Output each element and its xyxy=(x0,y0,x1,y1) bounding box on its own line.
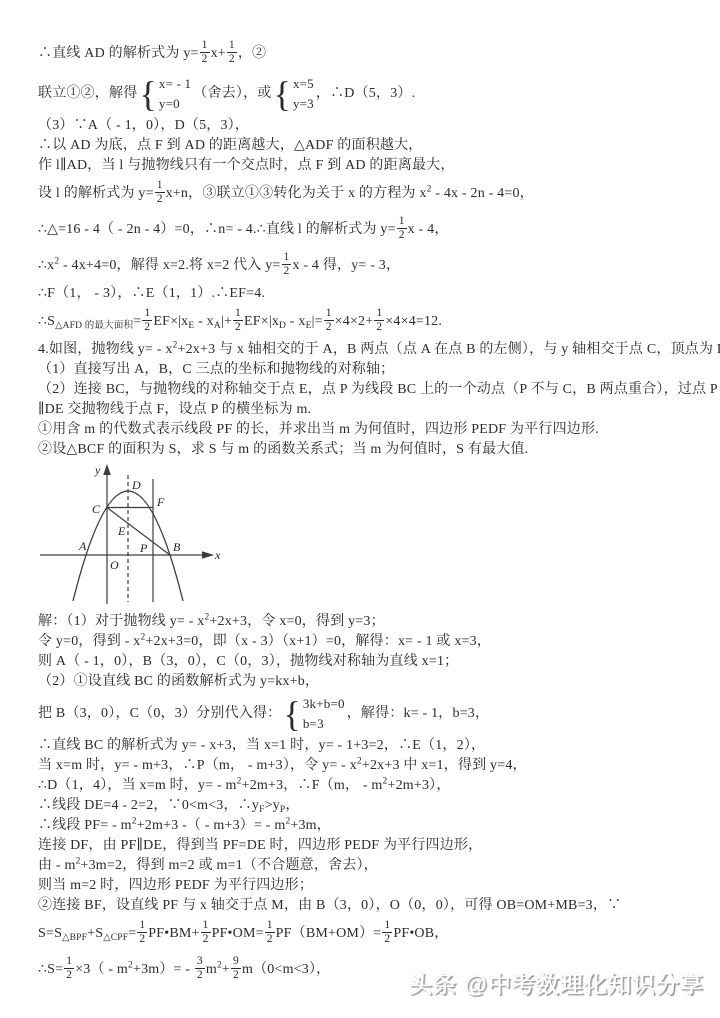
fraction-denominator: 2 xyxy=(324,321,334,334)
subscript: A xyxy=(214,321,221,331)
text-run: +2m+3）， xyxy=(387,778,450,793)
fraction-denominator: 2 xyxy=(137,933,147,946)
fraction: 12 xyxy=(155,179,165,206)
fraction-denominator: 2 xyxy=(155,193,165,206)
text-line: 当 x=m 时，y= - m+3，∴P（m， - m+3），令 y= - x2+… xyxy=(38,756,706,776)
segment-cb xyxy=(107,508,170,556)
text-run: + xyxy=(222,962,230,977)
text-run: ∴x xyxy=(38,258,54,273)
text-run: S=S xyxy=(38,926,62,941)
text-run: 则当 m=2 时，四边形 PEDF 为平行四边形； xyxy=(38,878,313,893)
fraction: 12 xyxy=(233,307,243,334)
text-run: ∴直线 BC 的解析式为 y= - x+3，当 x=1 时，y= - 1+3=2… xyxy=(38,738,485,753)
subscript: △BPF xyxy=(62,933,87,943)
fraction-numerator: 1 xyxy=(200,39,210,53)
y-axis-arrow-icon xyxy=(103,464,111,475)
point-label-p: P xyxy=(139,541,148,555)
text-run: m（0<m<3）， xyxy=(242,962,330,977)
text-run: x - 4， xyxy=(408,222,449,237)
text-run: PF•OM= xyxy=(212,926,264,941)
text-run: ×4×4=12. xyxy=(385,314,442,329)
equation-row: x= - 1 xyxy=(159,74,191,94)
text-line: （3）∵A（ - 1，0），D（5，3）， xyxy=(38,116,706,136)
fraction-denominator: 2 xyxy=(282,265,292,278)
text-line: 作 l∥AD，当 l 与抛物线只有一个交点时，点 F 到 AD 的距离最大， xyxy=(38,156,706,176)
equation-rows: 3k+b=0b=3 xyxy=(303,694,345,733)
fraction-numerator: 1 xyxy=(282,251,292,265)
fraction-denominator: 2 xyxy=(64,969,74,982)
fraction: 12 xyxy=(374,307,384,334)
brace-icon: { xyxy=(139,79,156,109)
point-label-d: D xyxy=(131,478,141,492)
text-run: ∴D（1，4），当 x=m 时，y= - m xyxy=(38,778,237,793)
text-run: 由 - m xyxy=(38,858,76,873)
text-line: 由 - m2+3m=2，得到 m=2 或 m=1（不合题意，舍去）， xyxy=(38,856,706,876)
text-line: 联立①②，解得{x= - 1y=0（舍去），或{x=5y=3，∴D（5，3）. xyxy=(38,72,706,116)
document-text: ∴直线 AD 的解析式为 y=12x+12，②联立①②，解得{x= - 1y=0… xyxy=(38,36,706,988)
fraction-denominator: 2 xyxy=(374,321,384,334)
text-run: （2）①设直线 BC 的函数解析式为 y=kx+b， xyxy=(38,674,319,689)
text-line: ∴直线 BC 的解析式为 y= - x+3，当 x=1 时，y= - 1+3=2… xyxy=(38,736,706,756)
fraction-numerator: 1 xyxy=(137,919,147,933)
text-run: ， xyxy=(285,798,299,813)
fraction-denominator: 2 xyxy=(142,321,152,334)
fraction-denominator: 2 xyxy=(265,933,275,946)
fraction-numerator: 1 xyxy=(64,955,74,969)
text-line: 令 y=0，得到 - x2+2x+3=0，即（x - 3）（x+1）=0，解得：… xyxy=(38,632,706,652)
fraction-denominator: 2 xyxy=(397,229,407,242)
point-label-e: E xyxy=(117,524,126,538)
text-run: - x xyxy=(286,314,305,329)
text-run: 令 y=0，得到 - x xyxy=(38,634,140,649)
text-run: +2x+3 与 x 轴相交的于 A，B 两点（点 A 在点 B 的左侧），与 y… xyxy=(178,342,720,357)
fraction: 12 xyxy=(137,919,147,946)
text-run: >y xyxy=(265,798,280,813)
text-run: 当 x=m 时，y= - m+3，∴P（m， - m+3），令 y= - x xyxy=(38,758,357,773)
text-run: +2x+3=0，即（x - 3）（x+1）=0，解得：x= - 1 或 x=3， xyxy=(145,634,491,649)
text-run: - x xyxy=(194,314,213,329)
point-label-f: F xyxy=(156,495,165,509)
fraction-numerator: 1 xyxy=(201,919,211,933)
fraction-numerator: 1 xyxy=(142,307,152,321)
text-run: （3）∵A（ - 1，0），D（5，3）， xyxy=(38,118,249,133)
brace-icon: { xyxy=(283,699,300,729)
text-line: ②设△BCF 的面积为 S，求 S 与 m 的函数关系式；当 m 为何值时，S … xyxy=(38,440,706,460)
equation-row: x=5 xyxy=(293,74,314,94)
text-run: 设 l 的解析式为 y= xyxy=(38,186,154,201)
text-run: - 4x - 2n - 4=0， xyxy=(432,186,534,201)
solution-text-block-top: ∴直线 AD 的解析式为 y=12x+12，②联立①②，解得{x= - 1y=0… xyxy=(38,36,706,460)
text-run: （舍去），或 xyxy=(193,86,271,101)
equation-rows: x= - 1y=0 xyxy=(159,74,191,113)
equation-system: {x= - 1y=0 xyxy=(139,74,191,113)
text-run: EF×|x xyxy=(153,314,188,329)
equation-rows: x=5y=3 xyxy=(293,74,314,113)
figure: y x D C F E A P B O xyxy=(38,462,706,610)
point-label-a: A xyxy=(78,539,87,553)
text-line: 则当 m=2 时，四边形 PEDF 为平行四边形； xyxy=(38,876,706,896)
text-line: ∴线段 PF= - m2+2m+3 -（ - m+3）= - m2+3m， xyxy=(38,816,706,836)
fraction: 12 xyxy=(382,919,392,946)
text-line: 设 l 的解析式为 y=12x+n，③联立①③转化为关于 x 的方程为 x2 -… xyxy=(38,176,706,212)
text-run: +3m=2，得到 m=2 或 m=1（不合题意，舍去）， xyxy=(81,858,378,873)
text-run: = xyxy=(128,926,136,941)
text-line: ∴S△AFD 的最大面积=12EF×|xE - xA|+12EF×|xD - x… xyxy=(38,304,706,340)
text-run: EF×|x xyxy=(244,314,279,329)
text-run: PF•BM+ xyxy=(148,926,199,941)
text-run: （2）连接 BC，与抛物线的对称轴交于点 E，点 P 为线段 BC 上的一个动点… xyxy=(38,382,720,397)
fraction: 12 xyxy=(200,39,210,66)
fraction-numerator: 1 xyxy=(265,919,275,933)
fraction-numerator: 3 xyxy=(195,955,205,969)
text-line: 解：（1）对于抛物线 y= - x2+2x+3，令 x=0，得到 y=3； xyxy=(38,612,706,632)
subscript: △CPF xyxy=(103,933,128,943)
text-run: （1）直接写出 A，B，C 三点的坐标和抛物线的对称轴； xyxy=(38,362,394,377)
text-line: 4.如图，抛物线 y= - x2+2x+3 与 x 轴相交的于 A，B 两点（点… xyxy=(38,340,706,360)
fraction-denominator: 2 xyxy=(233,321,243,334)
text-line: ①用含 m 的代数式表示线段 PF 的长，并求出当 m 为何值时，四边形 PED… xyxy=(38,420,706,440)
text-run: x+n，③联立①③转化为关于 x 的方程为 x xyxy=(166,186,427,201)
fraction-denominator: 2 xyxy=(382,933,392,946)
text-run: x - 4 得，y= - 3， xyxy=(292,258,400,273)
equation-row: b=3 xyxy=(303,714,345,734)
text-line: ∴F（1， - 3），∴E（1，1）.∴EF=4. xyxy=(38,284,706,304)
text-line: ∴△=16 - 4（ - 2n - 4）=0，∴n= - 4.∴直线 l 的解析… xyxy=(38,212,706,248)
text-run: +3m， xyxy=(290,818,331,833)
text-run: +3m）= - xyxy=(133,962,194,977)
equation-system: {x=5y=3 xyxy=(273,74,313,113)
equation-row: y=3 xyxy=(293,94,314,114)
brace-icon: { xyxy=(273,79,290,109)
fraction-numerator: 9 xyxy=(231,955,241,969)
fraction-numerator: 1 xyxy=(233,307,243,321)
text-line: （2）连接 BC，与抛物线的对称轴交于点 E，点 P 为线段 BC 上的一个动点… xyxy=(38,380,706,400)
text-run: ∴S= xyxy=(38,962,63,977)
text-run: ∴△=16 - 4（ - 2n - 4）=0，∴n= - 4.∴直线 l 的解析… xyxy=(38,222,396,237)
text-run: m xyxy=(206,962,217,977)
text-run: PF（BM+OM）= xyxy=(276,926,382,941)
fraction-denominator: 2 xyxy=(231,969,241,982)
fraction: 12 xyxy=(324,307,334,334)
axis-label-y: y xyxy=(94,463,101,477)
text-line: 则 A（ - 1，0），B（3，0），C（0，3），抛物线对称轴为直线 x=1； xyxy=(38,652,706,672)
text-run: ×3（ - m xyxy=(75,962,128,977)
fraction: 12 xyxy=(397,215,407,242)
text-run: 连接 DF，由 PF∥DE，得到当 PF=DE 时，四边形 PEDF 为平行四边… xyxy=(38,838,482,853)
text-line: S=S△BPF+S△CPF=12PF•BM+12PF•OM=12PF（BM+OM… xyxy=(38,916,706,952)
text-run: 则 A（ - 1，0），B（3，0），C（0，3），抛物线对称轴为直线 x=1； xyxy=(38,654,458,669)
watermark: 头条 @中考数理化知识分享 xyxy=(409,966,704,999)
solution-text-block-bottom: 解：（1）对于抛物线 y= - x2+2x+3，令 x=0，得到 y=3；令 y… xyxy=(38,612,706,988)
equation-row: 3k+b=0 xyxy=(303,694,345,714)
text-line: ∴以 AD 为底，点 F 到 AD 的距离越大，△ADF 的面积越大， xyxy=(38,136,706,156)
text-run: +2m+3，∴F（m， - m xyxy=(242,778,383,793)
text-run: ，解得：k= - 1，b=3， xyxy=(347,706,489,721)
fraction-numerator: 1 xyxy=(227,39,237,53)
text-run: ×4×2+ xyxy=(335,314,374,329)
fraction-numerator: 1 xyxy=(155,179,165,193)
fraction: 12 xyxy=(64,955,74,982)
fraction: 12 xyxy=(227,39,237,66)
fraction-numerator: 1 xyxy=(397,215,407,229)
text-run: 联立①②，解得 xyxy=(38,86,137,101)
parabola-figure: y x D C F E A P B O xyxy=(38,462,228,610)
point-label-b: B xyxy=(173,540,181,554)
text-run: 解：（1）对于抛物线 y= - x xyxy=(38,614,204,629)
fraction-denominator: 2 xyxy=(201,933,211,946)
text-run: +2x+3 中 x=1，得到 y=4， xyxy=(362,758,527,773)
axis-label-x: x xyxy=(214,548,221,562)
text-run: ∴直线 AD 的解析式为 y= xyxy=(38,46,199,61)
fraction-denominator: 2 xyxy=(200,53,210,66)
text-line: ∴D（1，4），当 x=m 时，y= - m2+2m+3，∴F（m， - m2+… xyxy=(38,776,706,796)
text-run: ②连接 BF，设直线 PF 与 x 轴交于点 M，由 B（3，0），O（0，0）… xyxy=(38,898,621,913)
fraction: 12 xyxy=(282,251,292,278)
fraction-numerator: 1 xyxy=(382,919,392,933)
text-run: +2m+3 -（ - m+3）= - m xyxy=(137,818,286,833)
fraction: 92 xyxy=(231,955,241,982)
fraction-denominator: 2 xyxy=(195,969,205,982)
text-line: 连接 DF，由 PF∥DE，得到当 PF=DE 时，四边形 PEDF 为平行四边… xyxy=(38,836,706,856)
fraction-numerator: 1 xyxy=(324,307,334,321)
text-run: PF•OB， xyxy=(393,926,448,941)
text-run: ∴F（1， - 3），∴E（1，1）.∴EF=4. xyxy=(38,286,265,301)
text-run: ，② xyxy=(238,46,266,61)
text-line: （2）①设直线 BC 的函数解析式为 y=kx+b， xyxy=(38,672,706,692)
text-run: - 4x+4=0，解得 x=2.将 x=2 代入 y= xyxy=(59,258,280,273)
text-run: ①用含 m 的代数式表示线段 PF 的长，并求出当 m 为何值时，四边形 PED… xyxy=(38,422,599,437)
fraction: 12 xyxy=(265,919,275,946)
text-run: 作 l∥AD，当 l 与抛物线只有一个交点时，点 F 到 AD 的距离最大， xyxy=(38,158,455,173)
text-run: ∴线段 PF= - m xyxy=(38,818,132,833)
text-run: ∴S xyxy=(38,314,55,329)
text-run: 把 B（3，0），C（0，3）分别代入得： xyxy=(38,706,281,721)
text-run: +2x+3，令 x=0，得到 y=3； xyxy=(209,614,384,629)
text-run: +S xyxy=(87,926,103,941)
subscript: △AFD 的最大面积 xyxy=(55,321,133,331)
text-run: ∴线段 DE=4 - 2=2，∵0<m<3，∴y xyxy=(38,798,259,813)
text-run: |= xyxy=(312,314,323,329)
text-line: ∥DE 交抛物线于点 F，设点 P 的横坐标为 m. xyxy=(38,400,706,420)
text-run: ∥DE 交抛物线于点 F，设点 P 的横坐标为 m. xyxy=(38,402,311,417)
text-line: （1）直接写出 A，B，C 三点的坐标和抛物线的对称轴； xyxy=(38,360,706,380)
text-line: 把 B（3，0），C（0，3）分别代入得：{3k+b=0b=3，解得：k= - … xyxy=(38,692,706,736)
text-run: |+ xyxy=(221,314,232,329)
text-line: ∴线段 DE=4 - 2=2，∵0<m<3，∴yF>yP， xyxy=(38,796,706,816)
x-axis-arrow-icon xyxy=(202,551,214,559)
text-line: ∴直线 AD 的解析式为 y=12x+12，② xyxy=(38,36,706,72)
point-label-c: C xyxy=(92,502,101,516)
fraction: 12 xyxy=(201,919,211,946)
fraction-numerator: 1 xyxy=(374,307,384,321)
text-run: x+ xyxy=(211,46,226,61)
equation-system: {3k+b=0b=3 xyxy=(283,694,344,733)
text-run: = xyxy=(133,314,141,329)
text-run: 4.如图，抛物线 y= - x xyxy=(38,342,173,357)
fraction-denominator: 2 xyxy=(227,53,237,66)
text-run: ，∴D（5，3）. xyxy=(316,86,415,101)
text-run: ∴以 AD 为底，点 F 到 AD 的距离越大，△ADF 的面积越大， xyxy=(38,138,423,153)
text-line: ∴x2 - 4x+4=0，解得 x=2.将 x=2 代入 y=12x - 4 得… xyxy=(38,248,706,284)
text-run: ②设△BCF 的面积为 S，求 S 与 m 的函数关系式；当 m 为何值时，S … xyxy=(38,442,528,457)
fraction: 12 xyxy=(142,307,152,334)
fraction: 32 xyxy=(195,955,205,982)
point-label-o: O xyxy=(110,558,119,572)
text-line: ②连接 BF，设直线 PF 与 x 轴交于点 M，由 B（3，0），O（0，0）… xyxy=(38,896,706,916)
equation-row: y=0 xyxy=(159,94,191,114)
